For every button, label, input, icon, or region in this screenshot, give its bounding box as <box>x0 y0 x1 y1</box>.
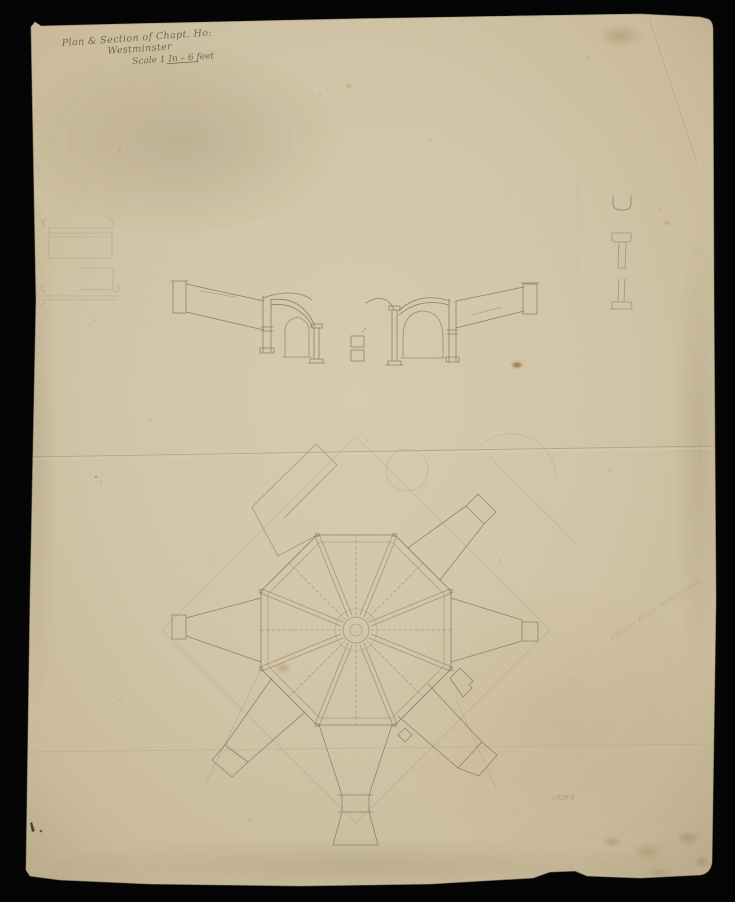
scanned-drawing-photograph: Plan & Section of Chapt. Ho: Westminster… <box>0 0 735 902</box>
accession-mark: 1920-8 <box>552 793 575 802</box>
scan-canvas: Plan & Section of Chapt. Ho: Westminster… <box>0 0 735 902</box>
